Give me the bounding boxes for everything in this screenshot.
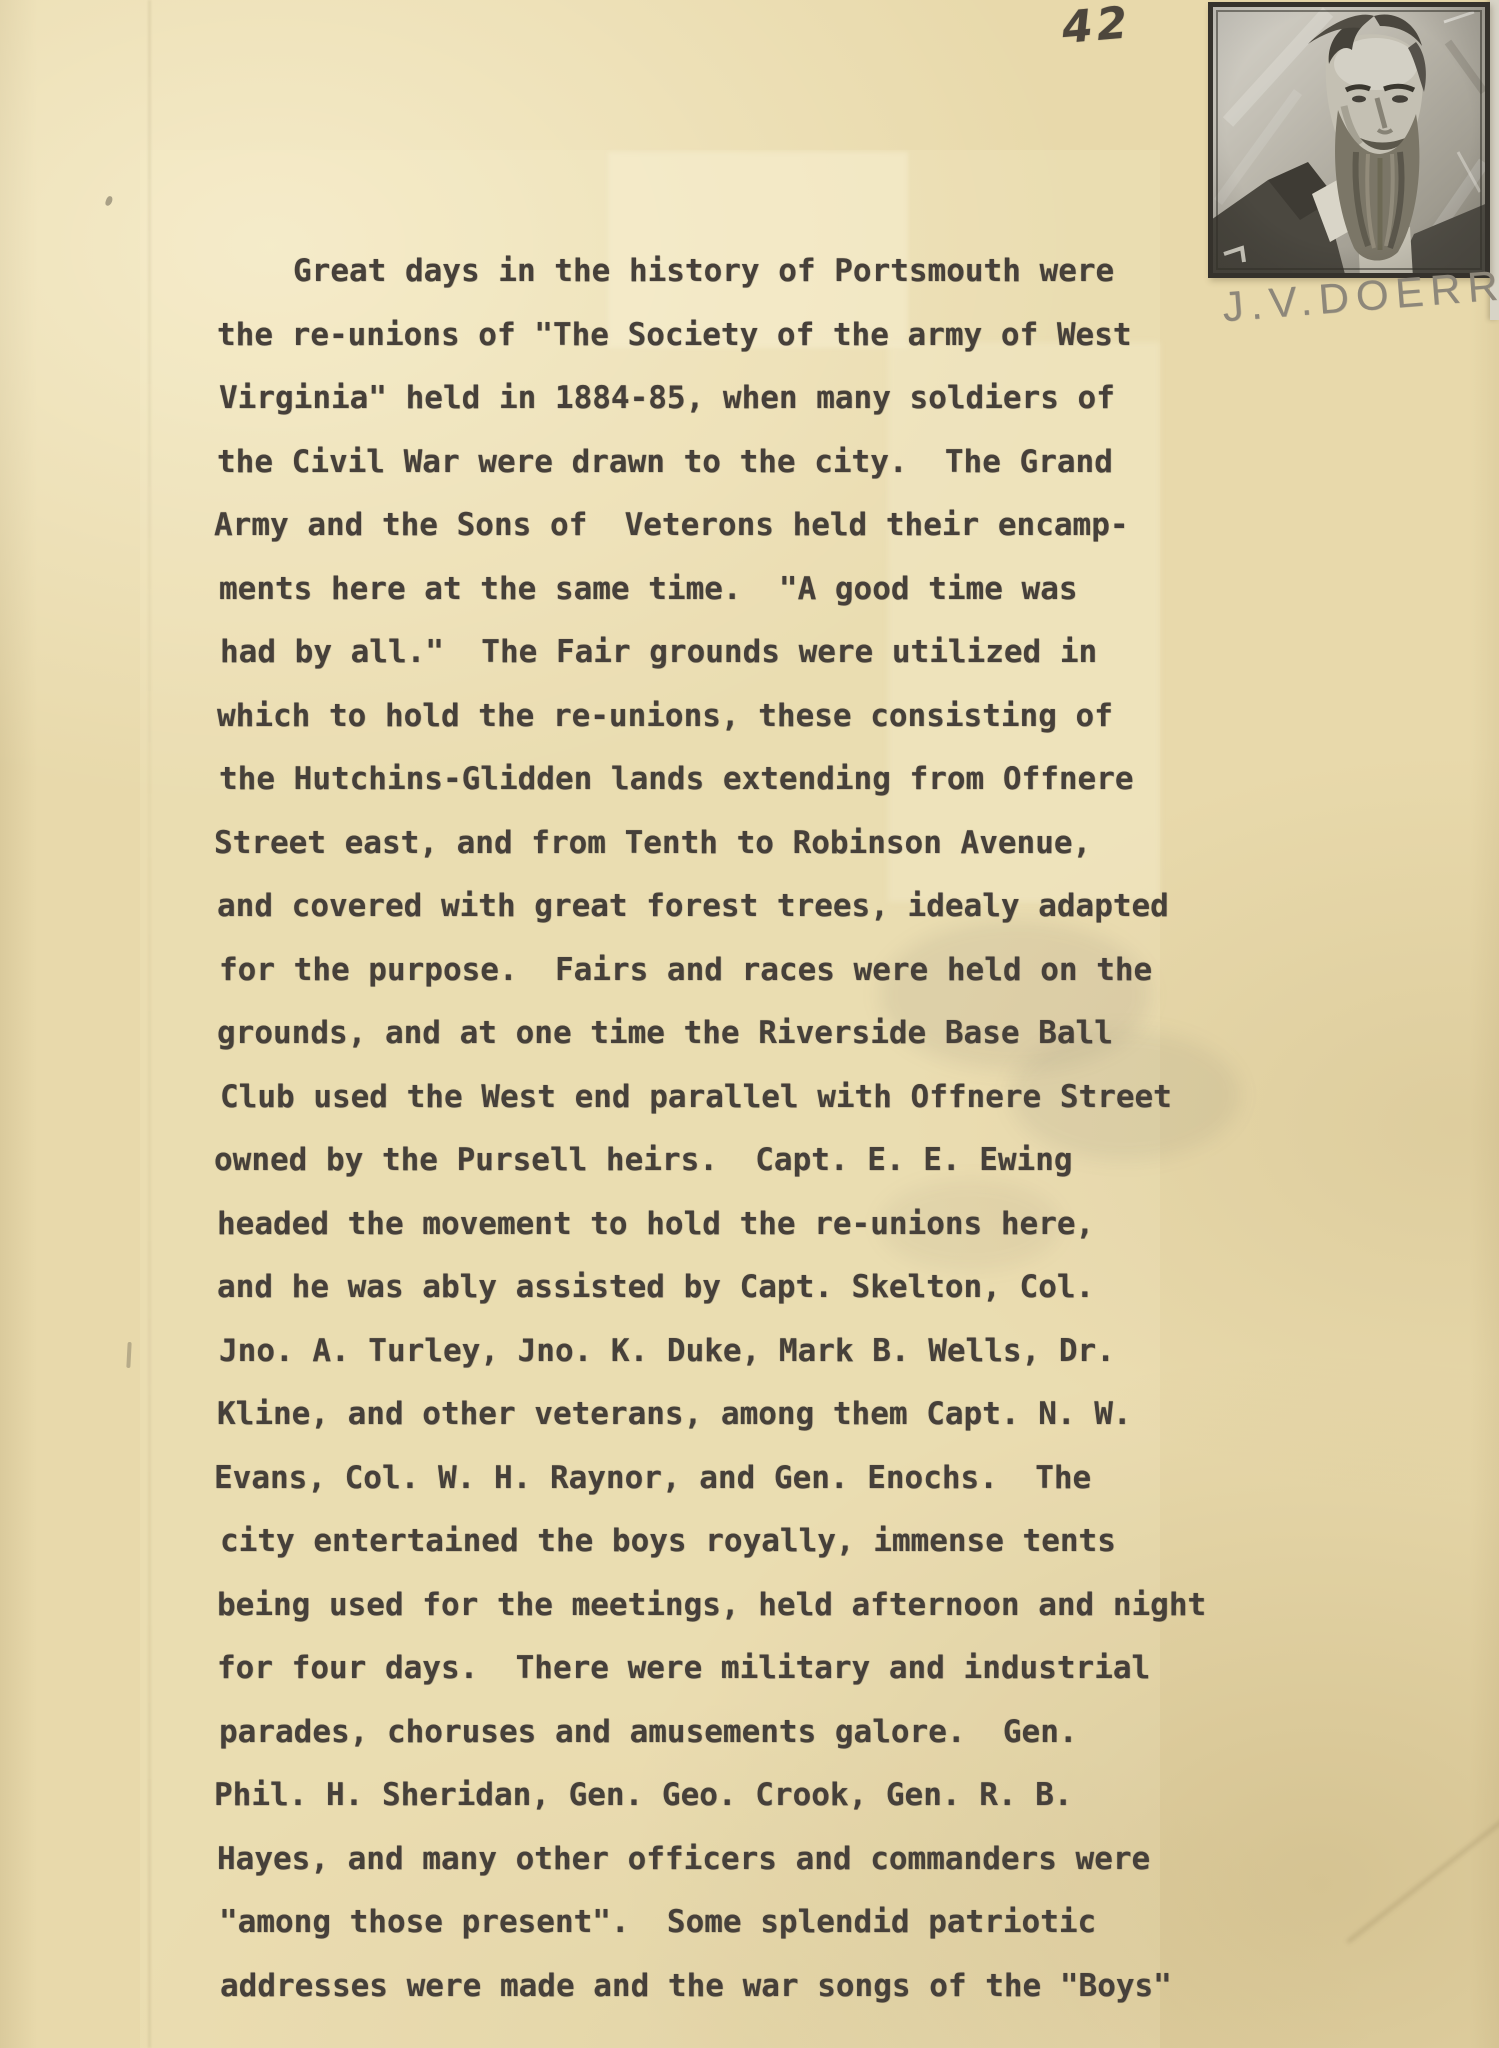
typewritten-line: parades, choruses and amusements galore.…	[219, 1701, 1269, 1765]
typewritten-line: and he was ably assisted by Capt. Skelto…	[217, 1256, 1267, 1320]
typewritten-line: city entertained the boys royally, immen…	[220, 1510, 1270, 1574]
typewritten-line: Virginia" held in 1884-85, when many sol…	[219, 367, 1269, 431]
typewritten-line: the re-unions of "The Society of the arm…	[217, 304, 1267, 368]
typewritten-line: for the purpose. Fairs and races were he…	[219, 939, 1269, 1003]
typewritten-line: the Hutchins-Glidden lands extending fro…	[219, 748, 1269, 812]
typewritten-line: Phil. H. Sheridan, Gen. Geo. Crook, Gen.…	[214, 1764, 1264, 1828]
typewritten-line: ments here at the same time. "A good tim…	[219, 558, 1269, 622]
typewritten-line: owned by the Pursell heirs. Capt. E. E. …	[214, 1129, 1264, 1193]
typewritten-line: Great days in the history of Portsmouth …	[217, 240, 1267, 304]
typewritten-line: Jno. A. Turley, Jno. K. Duke, Mark B. We…	[219, 1320, 1269, 1384]
portrait-photo	[1208, 2, 1490, 278]
typewritten-line: which to hold the re-unions, these consi…	[217, 685, 1267, 749]
typewritten-line: the Civil War were drawn to the city. Th…	[217, 431, 1267, 495]
typewritten-line: Street east, and from Tenth to Robinson …	[214, 812, 1264, 876]
typewritten-paragraph: Great days in the history of Portsmouth …	[217, 240, 1267, 2018]
typewritten-line: Hayes, and many other officers and comma…	[217, 1828, 1267, 1892]
typewritten-line: being used for the meetings, held aftern…	[217, 1574, 1267, 1638]
typewritten-line: had by all." The Fair grounds were utili…	[220, 621, 1270, 685]
typewritten-line: Evans, Col. W. H. Raynor, and Gen. Enoch…	[214, 1447, 1264, 1511]
bearded-man-portrait-image	[1208, 2, 1490, 278]
typewritten-line: grounds, and at one time the Riverside B…	[217, 1002, 1267, 1066]
typewritten-line: Club used the West end parallel with Off…	[220, 1066, 1270, 1130]
scrapbook-page: 42	[0, 0, 1499, 2048]
paper-fold-crease	[1346, 1780, 1499, 1943]
typewritten-line: addresses were made and the war songs of…	[220, 1955, 1270, 2019]
typewritten-line: headed the movement to hold the re-union…	[217, 1193, 1267, 1257]
handwritten-page-number: 42	[1060, 0, 1133, 54]
typewritten-line: Kline, and other veterans, among them Ca…	[217, 1383, 1267, 1447]
paper-crease	[148, 0, 151, 2048]
ink-speck	[104, 195, 113, 206]
pencil-tick-mark	[126, 1342, 131, 1368]
typewritten-line: and covered with great forest trees, ide…	[217, 875, 1267, 939]
typewritten-line: "among those present". Some splendid pat…	[219, 1891, 1269, 1955]
typewritten-line: Army and the Sons of Veterons held their…	[214, 494, 1264, 558]
typewritten-line: for four days. There were military and i…	[217, 1637, 1267, 1701]
